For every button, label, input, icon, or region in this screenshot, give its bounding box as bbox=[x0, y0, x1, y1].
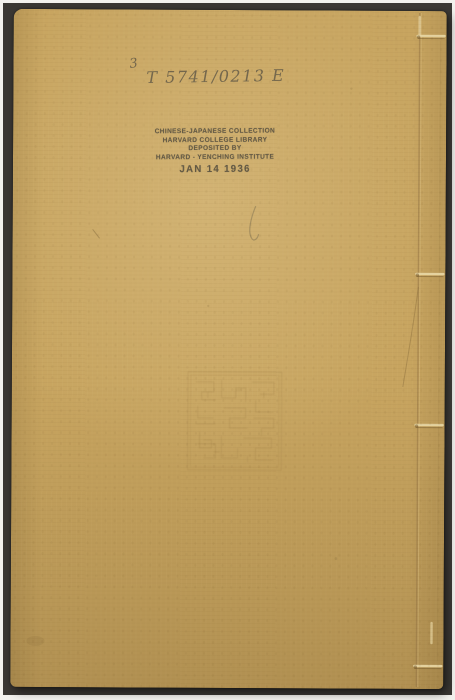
binding-crease bbox=[416, 13, 441, 687]
paper-blemishes bbox=[26, 86, 352, 648]
pencil-loop-mark bbox=[250, 206, 259, 240]
book-back-cover: 3 T 5741/0213 E CHINESE-JAPANESE COLLECT… bbox=[10, 9, 447, 689]
binding-and-marks-overlay bbox=[10, 9, 447, 689]
embossed-seal bbox=[187, 372, 282, 470]
